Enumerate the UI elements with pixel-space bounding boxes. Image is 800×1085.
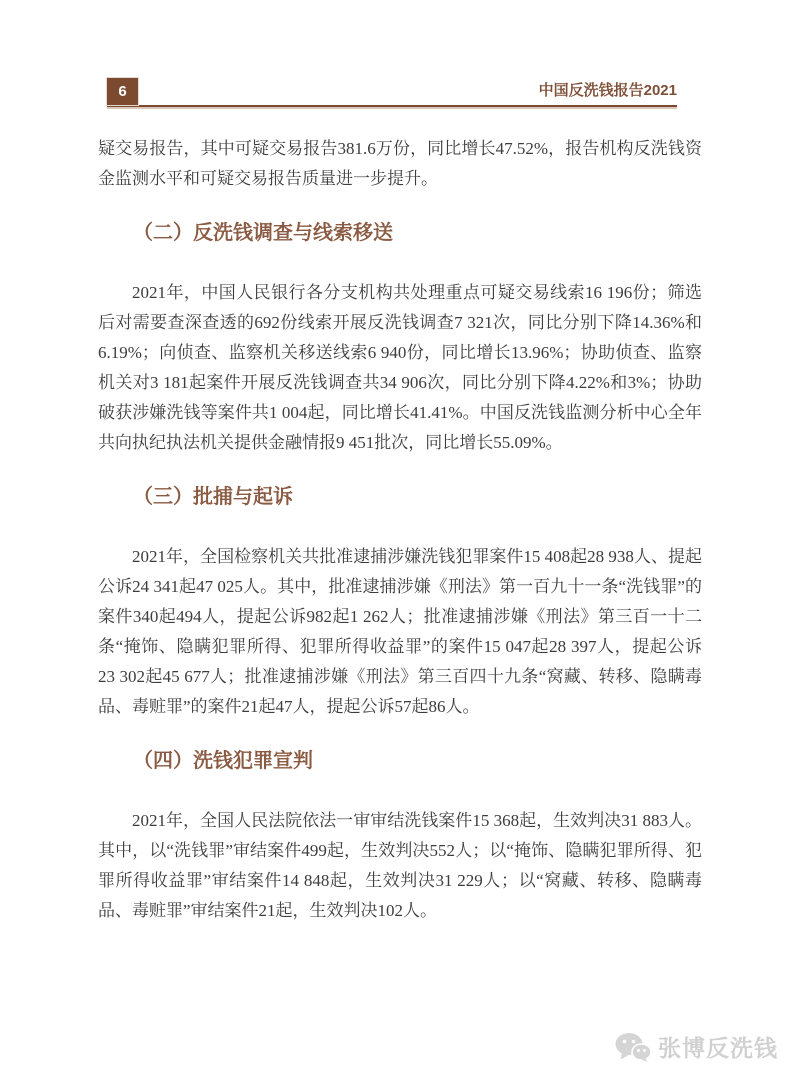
section-paragraph-aml-investigation: 2021年，中国人民银行各分支机构共处理重点可疑交易线索16 196份；筛选后对… — [98, 278, 702, 458]
wechat-icon — [615, 1032, 651, 1062]
intro-paragraph: 疑交易报告，其中可疑交易报告381.6万份，同比增长47.52%，报告机构反洗钱… — [98, 134, 702, 194]
page-header: 6 中国反洗钱报告2021 — [107, 78, 677, 107]
section-heading-sentencing: （四）洗钱犯罪宣判 — [98, 746, 702, 776]
watermark-text: 张博反洗钱 — [658, 1030, 778, 1063]
section-heading-aml-investigation: （二）反洗钱调查与线索移送 — [98, 218, 702, 248]
section-paragraph-arrest-prosecution: 2021年，全国检察机关共批准逮捕涉嫌洗钱犯罪案件15 408起28 938人、… — [98, 542, 702, 722]
section-paragraph-sentencing: 2021年，全国人民法院依法一审审结洗钱案件15 368起，生效判决31 883… — [98, 806, 702, 926]
page-number-badge: 6 — [107, 78, 138, 105]
report-page: 6 中国反洗钱报告2021 疑交易报告，其中可疑交易报告381.6万份，同比增长… — [0, 0, 800, 1085]
page-body: 疑交易报告，其中可疑交易报告381.6万份，同比增长47.52%，报告机构反洗钱… — [98, 134, 702, 926]
section-heading-arrest-prosecution: （三）批捕与起诉 — [98, 482, 702, 512]
report-title: 中国反洗钱报告2021 — [539, 79, 677, 105]
watermark: 张博反洗钱 — [615, 1030, 778, 1063]
